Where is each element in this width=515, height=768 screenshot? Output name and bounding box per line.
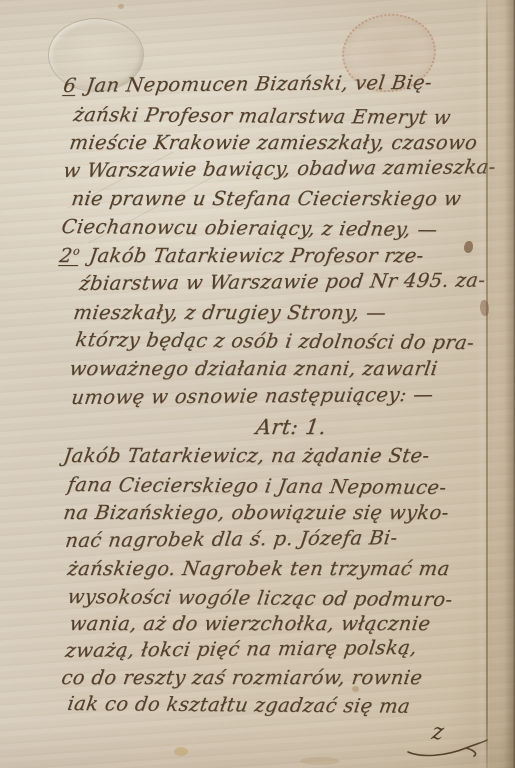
text-line: żański Profesor malarstwa Emeryt w [72,103,453,129]
catchword-flourish-icon [404,738,490,760]
text-line: żańskiego. Nagrobek ten trzymać ma [66,557,451,580]
text-line: zważą, łokci pięć na miarę polską, [64,636,418,662]
manuscript-page: 6Jan Nepomucen Bizański, vel Bię- żański… [0,0,515,768]
text-line: źbiarstwa w Warszawie pod Nr 495. za- [78,268,487,295]
list-item-marker: 2o [58,244,81,267]
text-line: woważnego działania znani, zawarli [68,357,439,380]
text-line: 6Jan Nepomucen Bizański, vel Bię- [62,71,434,97]
text-line: mieście Krakowie zamieszkały, czasowo [68,131,479,154]
text-line: 2oJakób Tatarkiewicz Profesor rze- [58,244,425,267]
text-line: którzy będąc z osób i zdolności do pra- [74,328,476,354]
manuscript-text: 6Jan Nepomucen Bizański, vel Bię- żański… [0,0,515,768]
text-line: Jakób Tatarkiewicz, na żądanie Ste- [62,444,431,467]
text-line-content: Jan Nepomucen Bizański, vel Bię- [85,71,434,97]
text-line: wysokości wogóle licząc od podmuro- [66,585,454,611]
text-line: fana Ciecierskiego i Jana Nepomuce- [66,473,448,499]
page-edge [488,0,515,768]
text-line: w Warszawie bawiący, obadwa zamieszka- [62,155,497,182]
text-line: iak co do kształtu zgadzać się ma [66,692,412,718]
text-line: wania, aż do wierzchołka, włącznie [68,612,432,635]
text-line: umowę w osnowie następuiącey: — [70,383,435,409]
text-line: nać nagrobek dla ś. p. Józefa Bi- [64,526,399,552]
text-line: nie prawne u Stefana Ciecierskiego w [70,187,463,210]
text-line: co do reszty zaś rozmiarów, rownie [60,666,424,689]
ordinal-suffix: o [72,245,81,258]
article-heading: Art: 1. [0,415,515,439]
text-line: Ciechanowcu obieraiący, z iedney, — [60,215,439,241]
text-line: mieszkały, z drugiey Strony, — [72,301,388,324]
list-item-marker: 6 [62,74,78,97]
text-line-content: Jakób Tatarkiewicz Profesor rze- [88,244,425,267]
text-line: na Bizańskiego, obowiązuie się wyko- [62,501,450,524]
